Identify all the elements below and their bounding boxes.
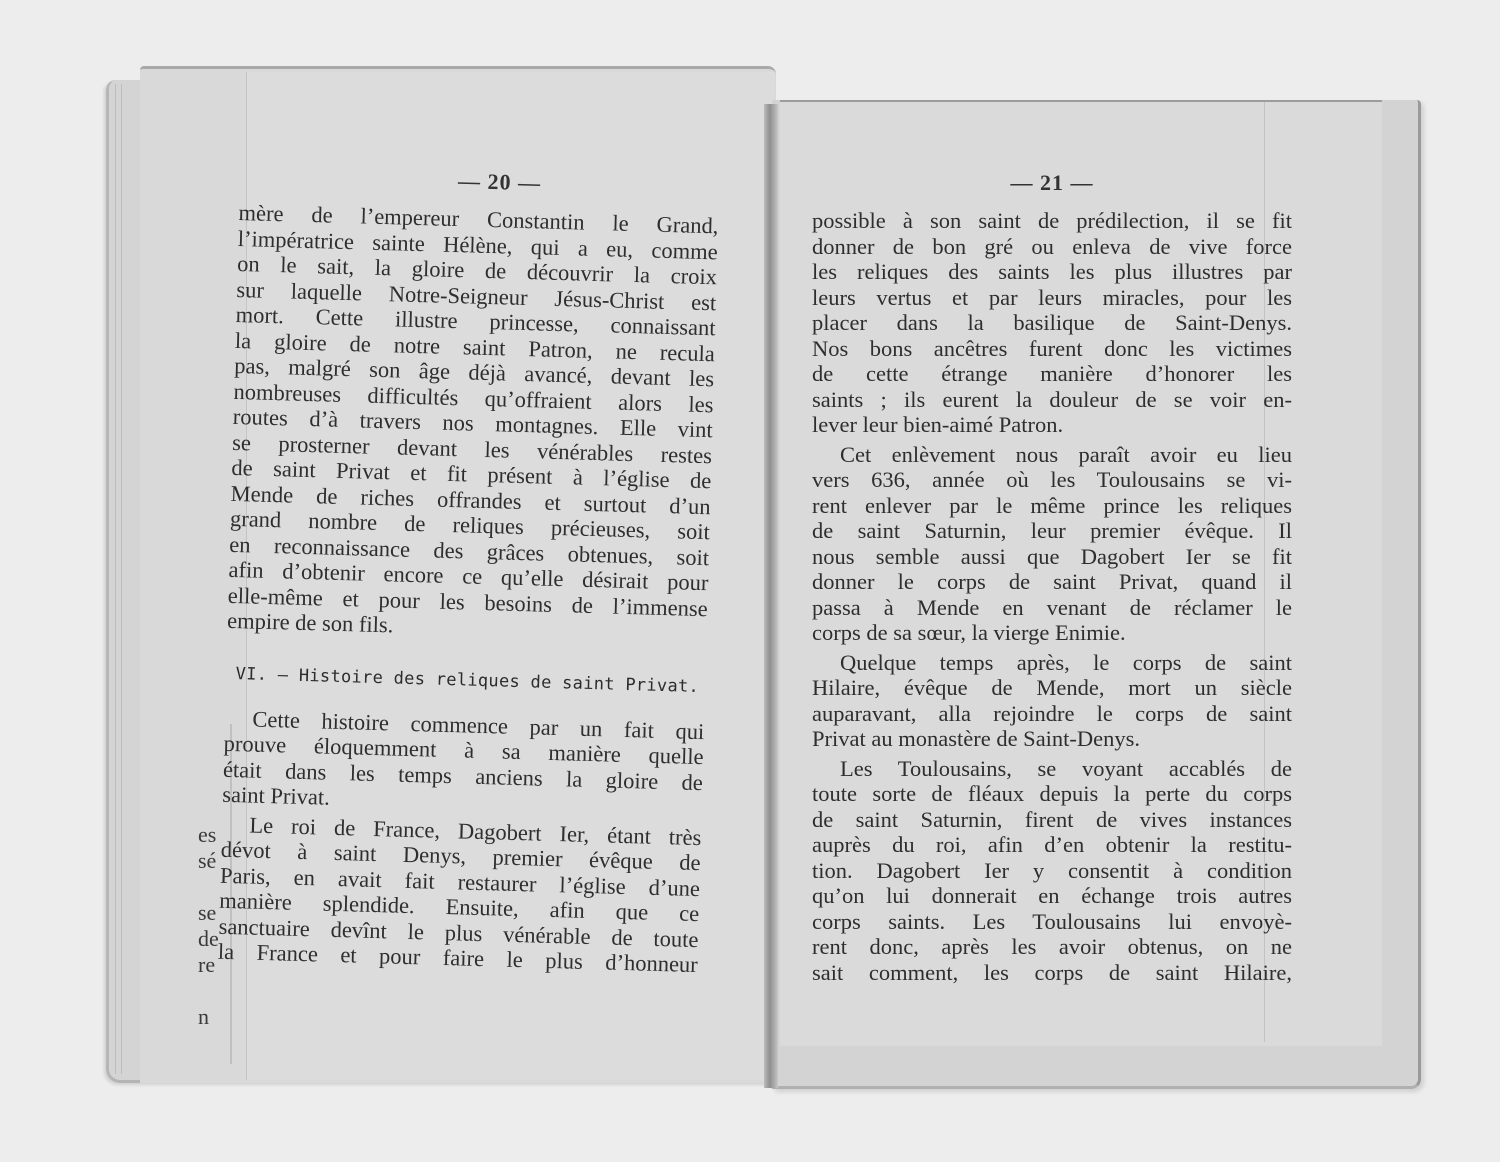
text-line: donner le corps de saint Privat, quand i… bbox=[812, 569, 1292, 595]
text-line: corps saints. Les Toulousains lui envoyè… bbox=[812, 909, 1292, 935]
text-line: possible à son saint de prédilection, il… bbox=[812, 208, 1292, 234]
text-line: Les Toulousains, se voyant accablés de bbox=[812, 756, 1292, 782]
paragraph: mère de l’empereur Constantin le Grand, … bbox=[227, 200, 719, 647]
text-line: Nos bons ancêtres furent donc les victim… bbox=[812, 336, 1292, 362]
paragraph: possible à son saint de prédilection, il… bbox=[812, 208, 1292, 438]
text-line: vers 636, année où les Toulousains se vi… bbox=[812, 467, 1292, 493]
text-line: tion. Dagobert Ier y consentit à conditi… bbox=[812, 858, 1292, 884]
text-line: donner de bon gré ou enleva de vive forc… bbox=[812, 234, 1292, 260]
text-line: auprès du roi, afin d’en obtenir la rest… bbox=[812, 832, 1292, 858]
text-line: les reliques des saints les plus illustr… bbox=[812, 259, 1292, 285]
text-line: passa à Mende en venant de réclamer le bbox=[812, 595, 1292, 621]
text-line: rent donc, après les avoir obtenus, on n… bbox=[812, 934, 1292, 960]
open-book: es sé se de re n — 20 — mère de l’empere… bbox=[100, 64, 1420, 1094]
text-line: leurs vertus et par leurs miracles, pour… bbox=[812, 285, 1292, 311]
paragraph: Quelque temps après, le corps de saint H… bbox=[812, 650, 1292, 752]
text-line: de saint Saturnin, firent de vives insta… bbox=[812, 807, 1292, 833]
text-line: saints ; ils eurent la douleur de se voi… bbox=[812, 387, 1292, 413]
sheet-edge bbox=[115, 84, 116, 1074]
text-line: Hilaire, évêque de Mende, mort un siècle bbox=[812, 675, 1292, 701]
book-gutter bbox=[764, 104, 778, 1088]
sheet-edge bbox=[121, 84, 122, 1074]
text-line: placer dans la basilique de Saint-Denys. bbox=[812, 310, 1292, 336]
text-line: nous semble aussi que Dagobert Ier se fi… bbox=[812, 544, 1292, 570]
text-line: Cet enlèvement nous paraît avoir eu lieu bbox=[812, 442, 1292, 468]
section-heading: VI. — Histoire des reliques de saint Pri… bbox=[235, 664, 705, 697]
text-line: auparavant, alla rejoindre le corps de s… bbox=[812, 701, 1292, 727]
text-line: Privat au monastère de Saint-Denys. bbox=[812, 726, 1292, 752]
text-line: de cette étrange manière d’honorer les bbox=[812, 361, 1292, 387]
text-line: lever leur bien-aimé Patron. bbox=[812, 412, 1292, 438]
text-line: corps de sa sœur, la vierge Enimie. bbox=[812, 620, 1292, 646]
bleed-fragment: n bbox=[198, 1004, 228, 1030]
text-line: Quelque temps après, le corps de saint bbox=[812, 650, 1292, 676]
text-line: de saint Saturnin, leur premier évêque. … bbox=[812, 518, 1292, 544]
paragraph: Le roi de France, Dagobert Ier, étant tr… bbox=[218, 811, 702, 977]
paragraph: Les Toulousains, se voyant accablés de t… bbox=[812, 756, 1292, 986]
text-line: toute sorte de fléaux depuis la perte du… bbox=[812, 781, 1292, 807]
paragraph: Cet enlèvement nous paraît avoir eu lieu… bbox=[812, 442, 1292, 646]
page-number: — 21 — bbox=[812, 170, 1292, 196]
right-page: — 21 — possible à son saint de prédilect… bbox=[812, 170, 1292, 985]
bleed-fragment bbox=[198, 978, 228, 1004]
text-line: rent enlever par le même prince les reli… bbox=[812, 493, 1292, 519]
left-page: — 20 — mère de l’empereur Constantin le … bbox=[218, 162, 720, 978]
paragraph: Cette histoire commence par un fait qui … bbox=[222, 705, 705, 820]
text-line: qu’on lui donnerait en échange trois aut… bbox=[812, 883, 1292, 909]
text-line: sait comment, les corps de saint Hilaire… bbox=[812, 960, 1292, 986]
